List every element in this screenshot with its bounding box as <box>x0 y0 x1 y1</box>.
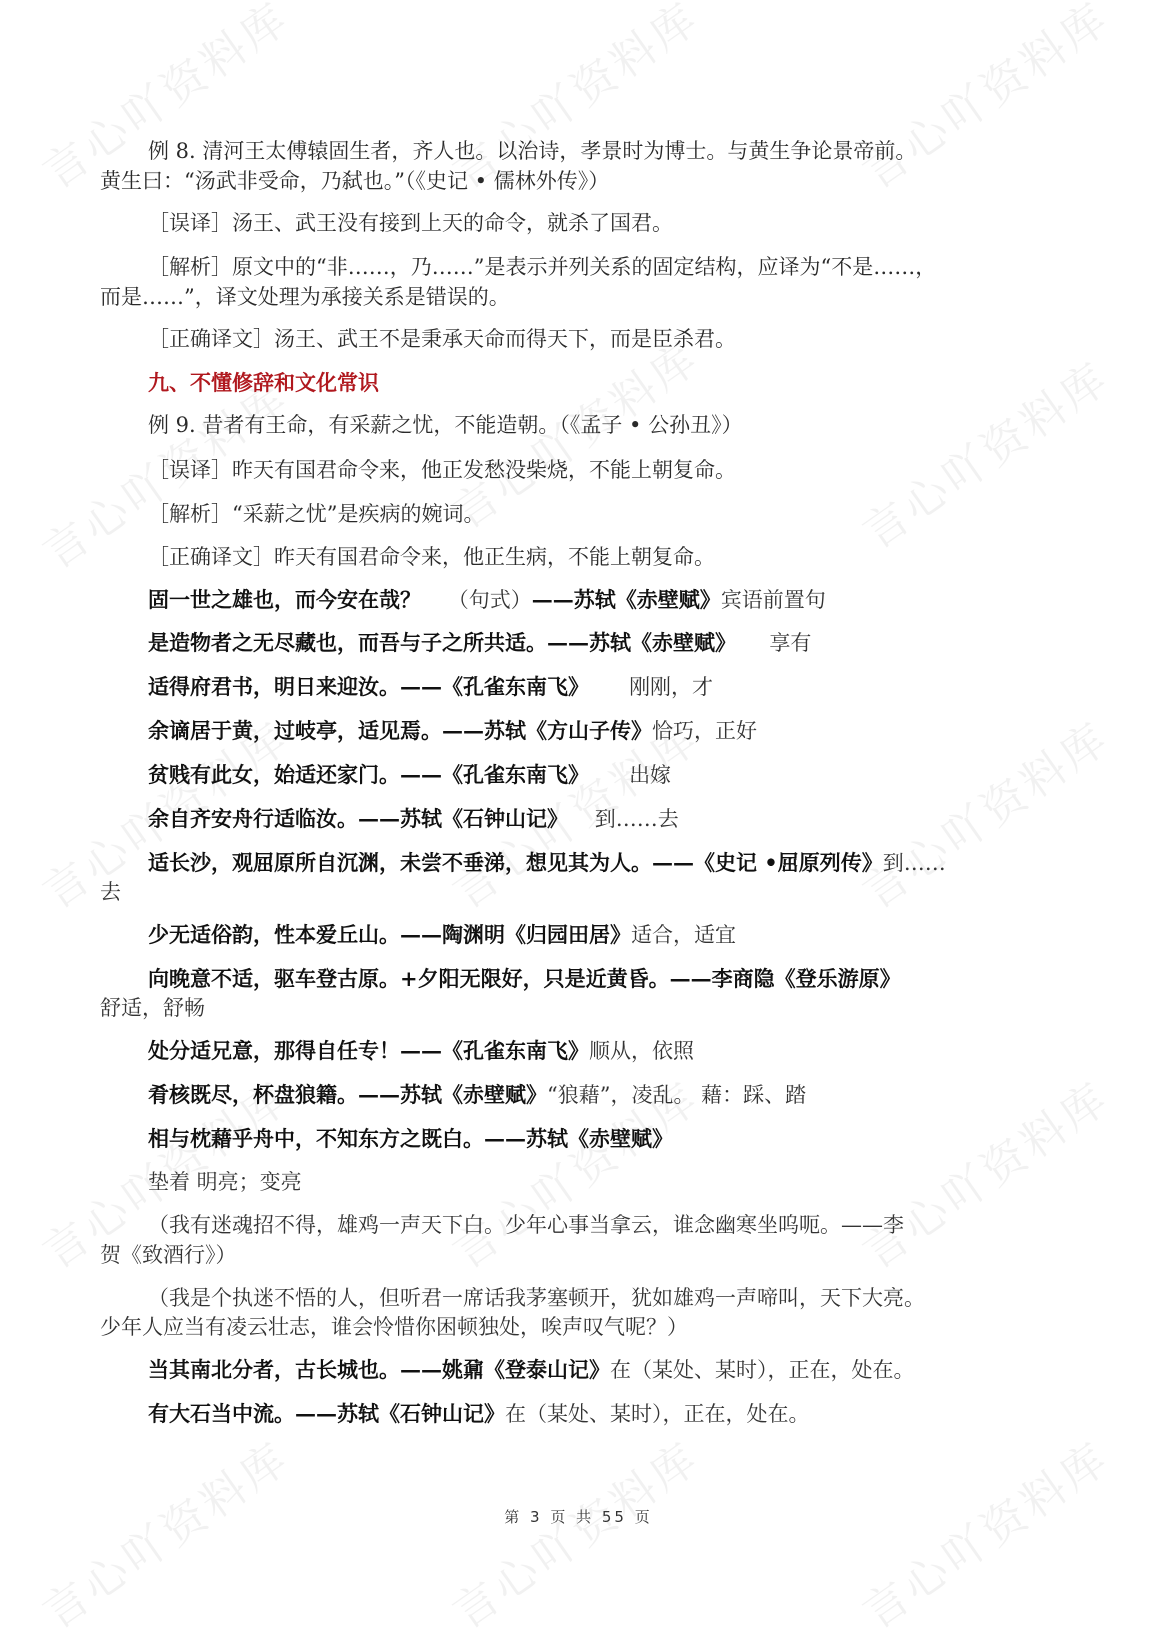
quote-text: 适长沙，观屈原所自沉渊，未尝不垂涕，想见其为人。——《史记 •屈原列传》 <box>148 850 883 875</box>
watermark: 言心吖资料库 <box>848 1423 1121 1636</box>
page-footer: 第 3 页 共 55 页 <box>0 1506 1157 1527</box>
document-page: 言心吖资料库 言心吖资料库 言心吖资料库 言心吖资料库 言心吖资料库 言心吖资料… <box>0 0 1157 1636</box>
example8-analysis-1: ［解析］原文中的“非……，乃……”是表示并列关系的固定结构，应译为“不是……， <box>148 252 936 282</box>
example8-line1: 例 8. 清河王太傅辕固生者，齐人也。以治诗，孝景时为博士。与黄生争论景帝前。 <box>148 136 916 166</box>
quote-text: 肴核既尽，杯盘狼籍。——苏轼《赤壁赋》 <box>148 1082 547 1107</box>
quote-line: 余谪居于黄，过岐亭，适见焉。——苏轼《方山子传》恰巧，正好 <box>148 716 757 746</box>
poem-translation-line2: 少年人应当有凌云壮志，谁会怜惜你困顿独处，唉声叹气呢？） <box>100 1312 688 1342</box>
watermark: 言心吖资料库 <box>848 1063 1121 1281</box>
quote-text: 是造物者之无尽藏也，而吾与子之所共适。——苏轼《赤壁赋》 <box>148 630 736 655</box>
quote-text: 有大石当中流。——苏轼《石钟山记》 <box>148 1401 505 1426</box>
quote-meaning: 在（某处、某时），正在，处在。 <box>505 1402 810 1426</box>
poem-line1: （我有迷魂招不得，雄鸡一声天下白。少年心事当拿云，谁念幽寒坐呜呃。——李 <box>148 1210 904 1240</box>
quote-text: 相与枕藉乎舟中，不知东方之既白。——苏轼《赤壁赋》 <box>148 1126 673 1151</box>
example9-correct: ［正确译文］昨天有国君命令来，他正生病，不能上朝复命。 <box>148 542 715 572</box>
quote-wrap: 舒适，舒畅 <box>100 993 205 1023</box>
quote-meaning: “狼藉”，凌乱。 藉：踩、踏 <box>547 1083 806 1107</box>
quote-text: 余自齐安舟行适临汝。——苏轼《石钟山记》 <box>148 806 568 831</box>
quote-line: 适得府君书，明日来迎汝。——《孔雀东南飞》 刚刚，才 <box>148 672 713 702</box>
quote-line: 当其南北分者，古长城也。——姚鼐《登泰山记》在（某处、某时），正在，处在。 <box>148 1355 915 1385</box>
quote-text: 贫贱有此女，始适还家门。——《孔雀东南飞》 <box>148 762 589 787</box>
example8-analysis-2: 而是……”，译文处理为承接关系是错误的。 <box>100 282 510 312</box>
quote-text: 处分适兄意，那得自任专！——《孔雀东南飞》 <box>148 1038 589 1063</box>
quote-line: 余自齐安舟行适临汝。——苏轼《石钟山记》 到……去 <box>148 804 679 834</box>
example8-wrong: ［误译］汤王、武王没有接到上天的命令，就杀了国君。 <box>148 208 673 238</box>
quote-meaning: 顺从，依照 <box>589 1039 694 1063</box>
quote-meaning: 刚刚，才 <box>629 675 713 699</box>
quote-line: 贫贱有此女，始适还家门。——《孔雀东南飞》 出嫁 <box>148 760 671 790</box>
quote-meaning: 出嫁 <box>629 763 671 787</box>
watermark: 言心吖资料库 <box>848 0 1121 201</box>
quote-line: 固一世之雄也，而今安在哉？ （句式）——苏轼《赤壁赋》宾语前置句 <box>148 585 826 615</box>
quote-line: 处分适兄意，那得自任专！——《孔雀东南飞》顺从，依照 <box>148 1036 694 1066</box>
quote-meaning: 在（某处、某时），正在，处在。 <box>610 1358 915 1382</box>
poem-line2: 贺《致酒行》） <box>100 1240 237 1270</box>
watermark: 言心吖资料库 <box>28 1423 301 1636</box>
poem-translation-line1: （我是个执迷不悟的人，但听君一席话我茅塞顿开，犹如雄鸡一声啼叫，天下大亮。 <box>148 1283 925 1313</box>
quote-wrap: 去 <box>100 877 121 907</box>
watermark: 言心吖资料库 <box>848 703 1121 921</box>
quote-line: 适长沙，观屈原所自沉渊，未尝不垂涕，想见其为人。——《史记 •屈原列传》到…… <box>148 848 946 878</box>
quote-line: 有大石当中流。——苏轼《石钟山记》在（某处、某时），正在，处在。 <box>148 1399 810 1429</box>
quote-line: 相与枕藉乎舟中，不知东方之既白。——苏轼《赤壁赋》 <box>148 1124 673 1154</box>
quote-text: 适得府君书，明日来迎汝。——《孔雀东南飞》 <box>148 674 589 699</box>
example9-wrong: ［误译］昨天有国君命令来，他正发愁没柴烧，不能上朝复命。 <box>148 455 736 485</box>
quote-text: 固一世之雄也，而今安在哉？ <box>148 587 421 612</box>
watermark: 言心吖资料库 <box>848 343 1121 561</box>
quote-meaning: 宾语前置句 <box>721 588 826 612</box>
quote-note: （句式） <box>448 588 532 612</box>
quote-line: 向晚意不适，驱车登古原。+夕阳无限好，只是近黄昏。——李商隐《登乐游原》 <box>148 964 901 994</box>
quote-text: 向晚意不适，驱车登古原。+夕阳无限好，只是近黄昏。——李商隐《登乐游原》 <box>148 966 901 991</box>
quote-meaning: 到…… <box>883 851 946 875</box>
quote-line: 肴核既尽，杯盘狼籍。——苏轼《赤壁赋》“狼藉”，凌乱。 藉：踩、踏 <box>148 1080 806 1110</box>
quote-text: 余谪居于黄，过岐亭，适见焉。——苏轼《方山子传》 <box>148 718 652 743</box>
example8-correct: ［正确译文］汤王、武王不是秉承天命而得天下，而是臣杀君。 <box>148 324 736 354</box>
example9-analysis: ［解析］“采薪之忧”是疾病的婉词。 <box>148 499 484 529</box>
example8-line2: 黄生曰：“汤武非受命，乃弑也。”（《史记 • 儒林外传》） <box>100 166 609 196</box>
quote-text: 少无适俗韵，性本爱丘山。——陶渊明《归园田居》 <box>148 922 631 947</box>
example9-line: 例 9. 昔者有王命，有采薪之忧，不能造朝。（《孟子 • 公孙丑》） <box>148 410 743 440</box>
quote-line: 少无适俗韵，性本爱丘山。——陶渊明《归园田居》适合，适宜 <box>148 920 736 950</box>
quote-meaning: 恰巧，正好 <box>652 719 757 743</box>
quote-text: 当其南北分者，古长城也。——姚鼐《登泰山记》 <box>148 1357 610 1382</box>
watermark: 言心吖资料库 <box>438 1423 711 1636</box>
quote-meaning: 到……去 <box>595 807 679 831</box>
plain-line: 垫着 明亮；变亮 <box>148 1167 302 1197</box>
quote-meaning: 享有 <box>769 631 811 655</box>
quote-line: 是造物者之无尽藏也，而吾与子之所共适。——苏轼《赤壁赋》 享有 <box>148 628 811 658</box>
quote-source: ——苏轼《赤壁赋》 <box>532 587 721 612</box>
quote-meaning: 适合，适宜 <box>631 923 736 947</box>
section-heading: 九、不懂修辞和文化常识 <box>148 368 379 398</box>
